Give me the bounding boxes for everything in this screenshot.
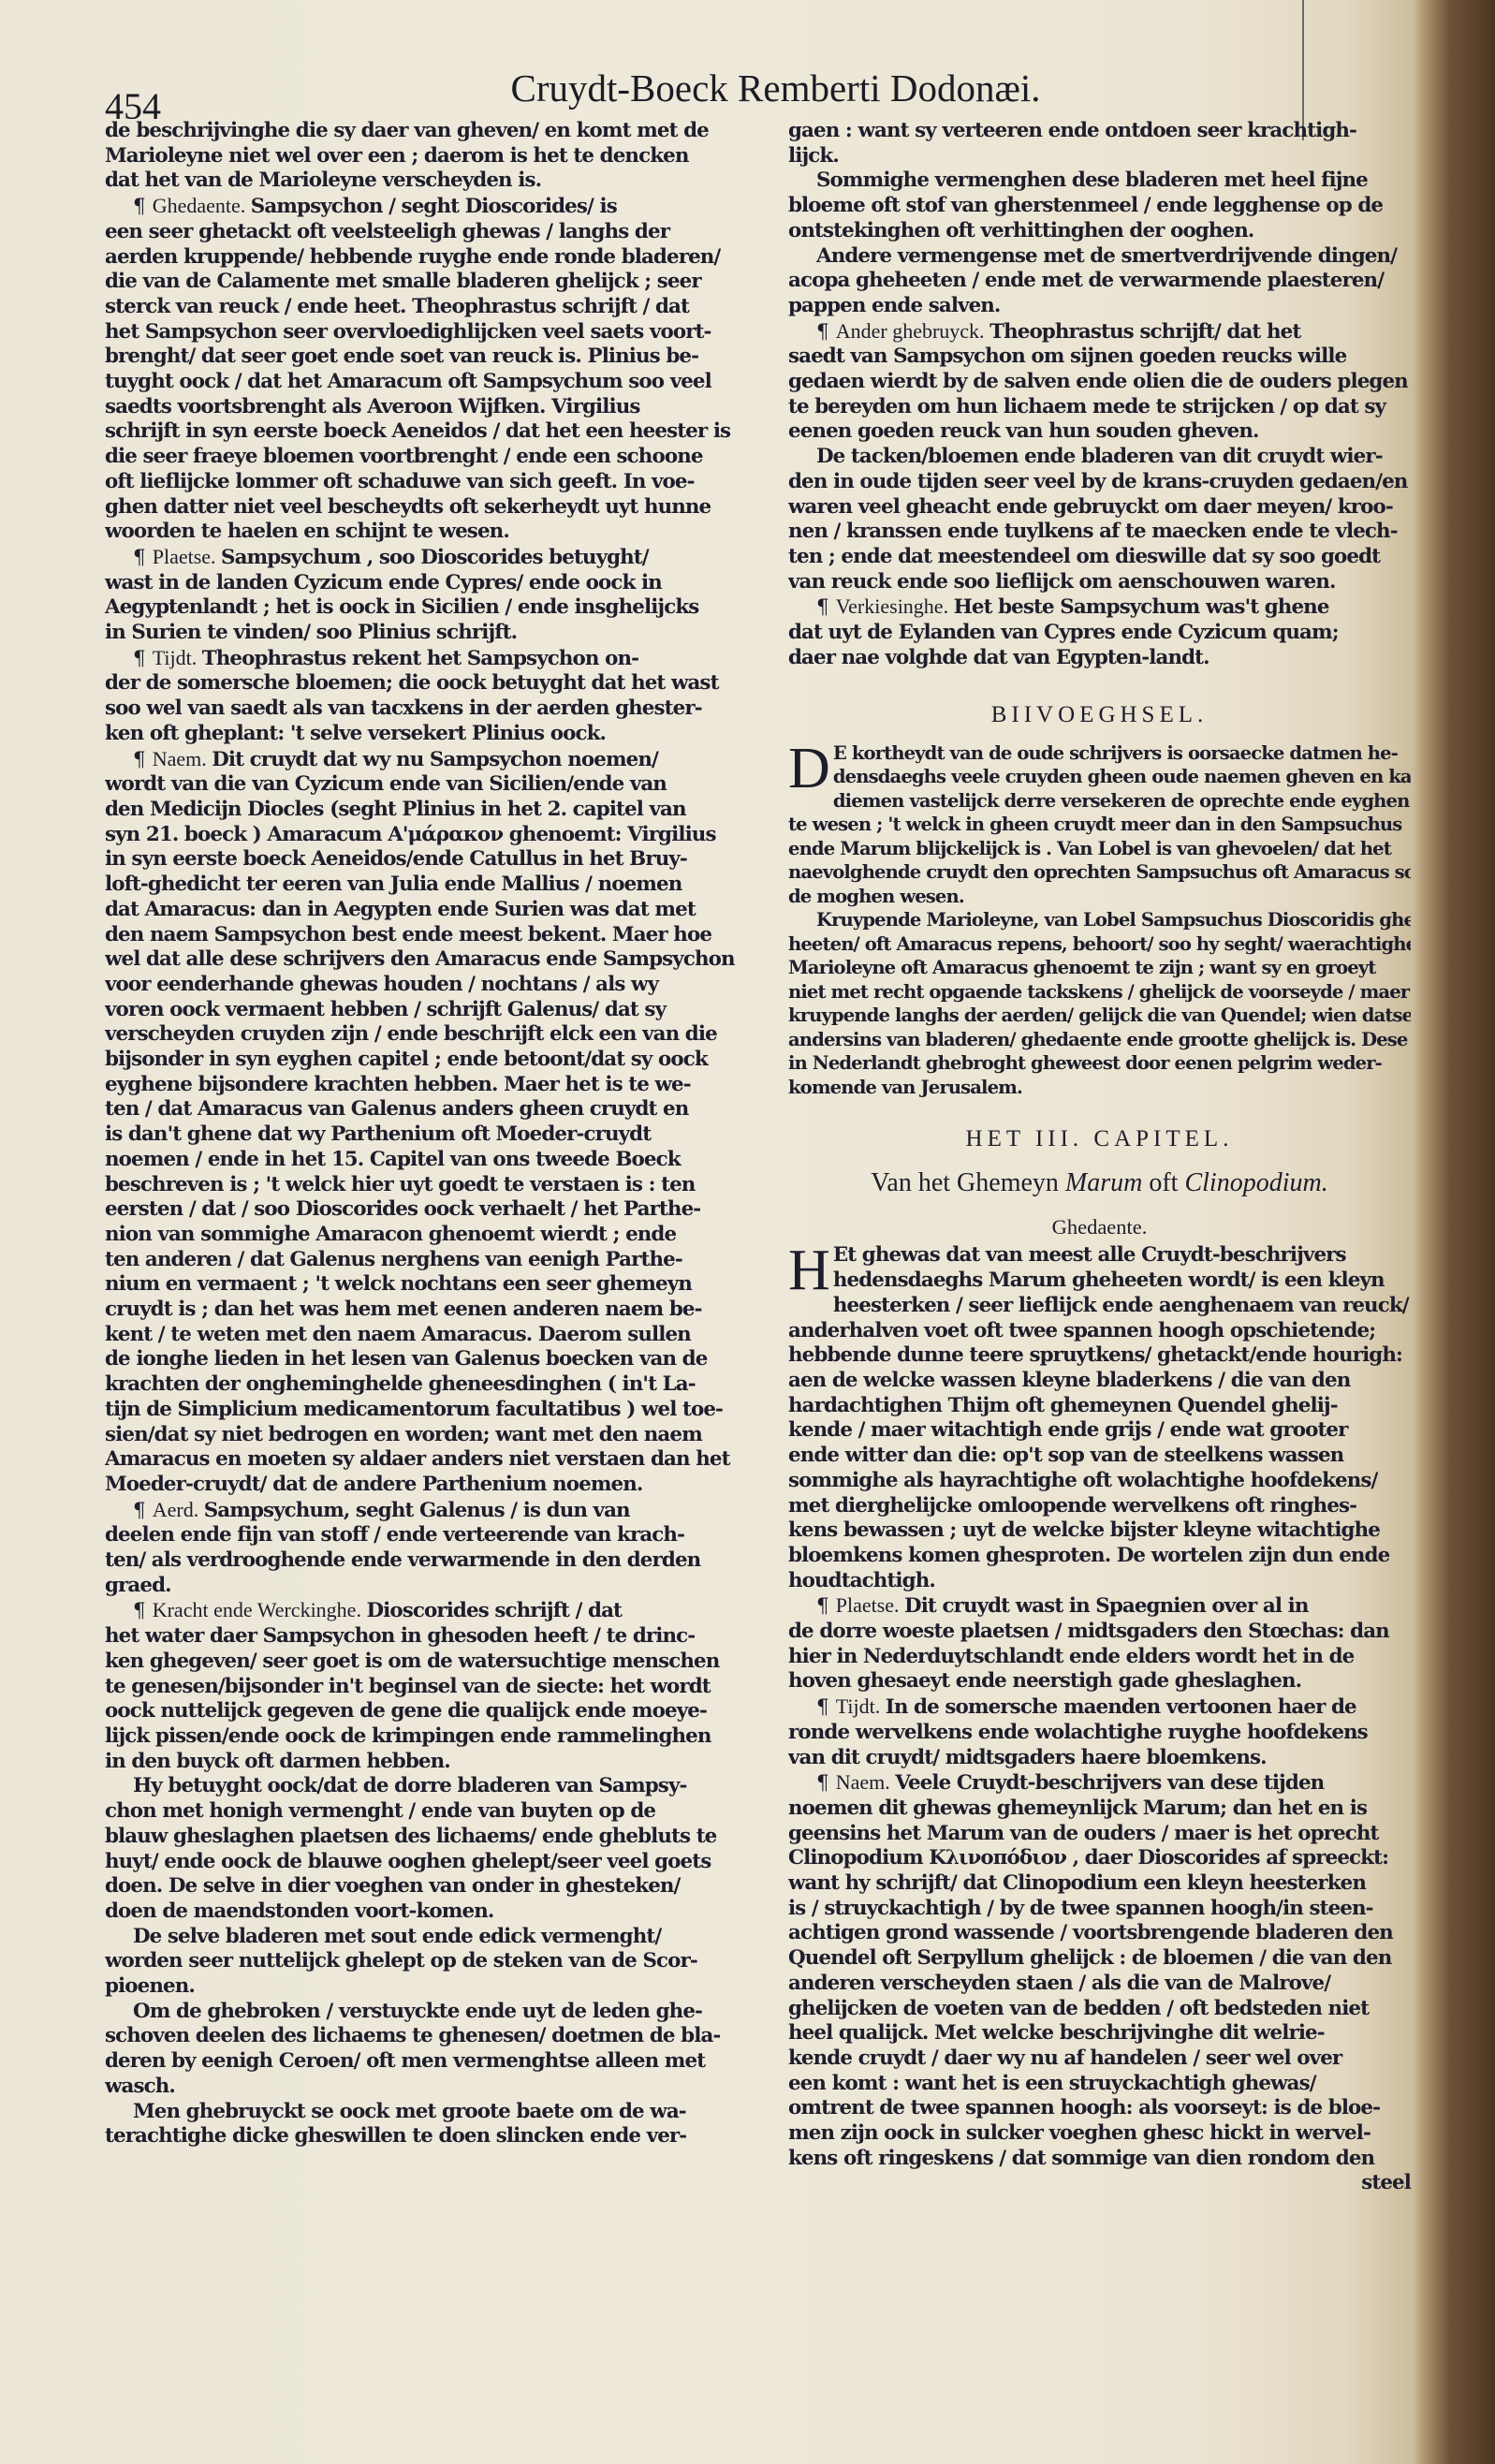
text-line: niet met recht opgaende tackskens / ghel… [788, 980, 1411, 1005]
text-line: Andere vermengense met de smertverdrijve… [788, 244, 1411, 270]
text-line: eyghene bijsondere krachten hebben. Maer… [105, 1073, 762, 1098]
text-line: brenght/ dat seer goet ende soet van reu… [105, 345, 762, 370]
pilcrow-icon: ¶ [133, 546, 145, 569]
text-line: graed. [105, 1574, 762, 1599]
right-column: gaen : want sy verteeren ende ontdoen se… [788, 119, 1411, 2196]
text-line: bloemkens komen ghesproten. De wortelen … [788, 1544, 1411, 1569]
chapter-title: Van het Ghemeyn Marum oft Clinopodium. [788, 1171, 1411, 1196]
text-line: wordt van die van Cyzicum ende van Sicil… [105, 772, 762, 798]
text-line: Amaracus en moeten sy aldaer anders niet… [105, 1447, 762, 1473]
text-line: saedts voortsbrenght als Averoon Wijfken… [105, 395, 762, 420]
pilcrow-icon: ¶ [133, 195, 145, 218]
paragraph: ¶Naem. Veele Cruydt-beschrijvers van des… [788, 1770, 1411, 2171]
text-line: andersins van bladeren/ ghedaente ende g… [788, 1028, 1411, 1052]
text-line: chon met honigh vermenght / ende van buy… [105, 1799, 762, 1825]
text-line: hoven ghesaeyt ende neerstigh gade ghesl… [788, 1669, 1411, 1694]
supplement-heading: BIIVOEGHSEL. [788, 703, 1411, 728]
text-line: Marioleyne niet wel over een ; daerom is… [105, 144, 762, 169]
text-line: E korthеydt van de oude schrijvers is oo… [833, 741, 1411, 766]
text-line: te wesen ; 't welck in gheen cruydt meer… [788, 813, 1411, 837]
text-line: aen de welcke wassen kleyne bladerkens /… [788, 1369, 1411, 1394]
section-label-ghedaente: Ghedaente. [788, 1215, 1411, 1240]
drop-cap: H [788, 1246, 829, 1295]
pilcrow-icon: ¶ [133, 1599, 145, 1622]
text-line: deren by eenigh Ceroen/ oft men vermengh… [105, 2049, 762, 2075]
text-line: nium en vermaent ; 't welck nochtans een… [105, 1272, 762, 1298]
text-line: den naem Sampsychon best ende meest beke… [105, 923, 762, 948]
text-line: het water daer Sampsychon in ghesoden he… [105, 1624, 762, 1650]
text-line: is / struyckachtigh / by de twee spannen… [788, 1897, 1411, 1922]
text-line: waren veel gheacht ende gebruyckt om dae… [788, 495, 1411, 521]
text-line: krachten der ongheminghelde gheneesdingh… [105, 1372, 762, 1398]
text-line: met dierghelijcke omloopende wervelkens … [788, 1494, 1411, 1519]
text-line: een seer ghetackt oft veelsteeligh ghewa… [105, 220, 762, 245]
text-line: hier in Nederduytschlandt ende elders wo… [788, 1645, 1411, 1670]
paragraph: ¶Plaetse. Sampsychum , soo Dioscorides b… [105, 545, 762, 646]
text-line: Hy betuyght oock/dat de dorre bladeren v… [105, 1774, 762, 1799]
catchword: steel [788, 2171, 1411, 2196]
section-label: Naem. [836, 1770, 896, 1794]
text-line: ¶Ghedaente. Sampsychon / seght Dioscorid… [105, 194, 762, 220]
text-line: pappen ende salven. [788, 294, 1411, 319]
text-line: wast in de landen Cyzicum ende Cypres/ e… [105, 571, 762, 596]
paragraph: gaen : want sy verteeren ende ontdoen se… [788, 119, 1411, 169]
text-line: gedaen wierdt by de salven ende olien di… [788, 370, 1411, 395]
section-label: Tijdt. [153, 646, 202, 669]
paragraph: ¶Kracht ende Werckinghe. Dioscorides sch… [105, 1598, 762, 1774]
text-line: tuyght oock / dat het Amaracum oft Samps… [105, 370, 762, 395]
text-line: kruypende langhs der aerden/ gelijck die… [788, 1004, 1411, 1028]
text-line: komende van Jerusalem. [788, 1076, 1411, 1100]
text-line: men zijn oock in sulcker voeghen ghesc h… [788, 2121, 1411, 2147]
paragraph: ¶Tijdt. Theophrastus rekent het Sampsych… [105, 646, 762, 747]
pilcrow-icon: ¶ [816, 1771, 828, 1795]
text-line: doen. De selve in dier voeghen van onder… [105, 1874, 762, 1899]
text-line: blauw gheslaghen plaetsen des lichaems/ … [105, 1825, 762, 1850]
section-label: Kracht ende Werckinghe. [153, 1598, 367, 1621]
text-line: ¶Aerd. Sampsychum, seght Galenus / is du… [105, 1498, 762, 1524]
text-line: diemen vastelijck derre versekeren de op… [833, 789, 1411, 814]
text-line: kende / maer witachtigh ende grijs / end… [788, 1418, 1411, 1444]
text-line: wasch. [105, 2075, 762, 2100]
text-line: kens bewassen ; uyt de welcke bijster kl… [788, 1518, 1411, 1544]
paragraph: Om de ghebroken / verstuyckte ende uyt d… [105, 2000, 762, 2100]
text-line: oock nuttelijck gegeven de gene die qual… [105, 1699, 762, 1724]
section-label: Ghedaente. [153, 194, 251, 217]
text-line: kens oft ringeskens / dat sommige van di… [788, 2147, 1411, 2172]
text-line: naevolghende cruydt den oprechten Sampsu… [788, 860, 1411, 885]
paragraph: Kruypende Marioleyne, van Lobel Sampsuch… [788, 908, 1411, 1099]
text-line: sterck van reuck / ende heet. Theophrast… [105, 295, 762, 320]
text-line: in den buyck oft darmen hebben. [105, 1750, 762, 1775]
text-line: ende witter dan die: op't sop van de ste… [788, 1444, 1411, 1469]
text-line: omtrent de twee spannen hoogh: als voors… [788, 2096, 1411, 2121]
text-line: ghen datter niet veel bescheydts oft sek… [105, 495, 762, 521]
pilcrow-icon: ¶ [816, 320, 828, 344]
text-line: die van de Calamente met smalle bladeren… [105, 270, 762, 295]
text-line: ¶Plaetse. Sampsychum , soo Dioscorides b… [105, 545, 762, 571]
text-line: doen de maendstonden voort-komen. [105, 1899, 762, 1925]
supplement-body: DE korthеydt van de oude schrijvers is o… [788, 741, 1411, 1100]
text-line: bijsonder in syn eyghen capitel ; ende b… [105, 1048, 762, 1073]
text-line: loft-ghedicht ter eeren van Julia ende M… [105, 873, 762, 898]
text-line: hebbende dunne teere spruytkens/ ghetack… [788, 1343, 1411, 1369]
text-line: ¶Kracht ende Werckinghe. Dioscorides sch… [105, 1598, 762, 1624]
text-line: hedensdaeghs Marum gheheeten wordt/ is e… [833, 1269, 1411, 1294]
text-line: De tacken/bloemen ende bladeren van dit … [788, 445, 1411, 470]
section-label: Tijdt. [836, 1694, 886, 1718]
text-line: ronde wervelkens ende wolachtighe ruyghe… [788, 1721, 1411, 1746]
text-line: het Sampsychon seer overvloedighlijcken … [105, 320, 762, 345]
text-line: saedt van Sampsychon om sijnen goeden re… [788, 345, 1411, 370]
text-line: huyt/ ende oock de blauwe ooghen ghelept… [105, 1850, 762, 1875]
text-line: Aegyptenlandt ; het is oock in Sicilien … [105, 595, 762, 621]
text-line: noemen / ende in het 15. Capitel van ons… [105, 1148, 762, 1173]
text-line: de beschrijvinghe die sy daer van gheven… [105, 119, 762, 144]
pilcrow-icon: ¶ [816, 1695, 828, 1719]
text-line: acopa gheheeten / ende met de verwarmend… [788, 269, 1411, 294]
paragraph: ¶Ander ghebruyck. Theophrastus schrijft/… [788, 319, 1411, 446]
text-line: ende Marum blijckelijck is . Van Lobel i… [788, 837, 1411, 861]
text-line: nion van sommighe Amaracon ghenoemt wier… [105, 1223, 762, 1248]
text-line: den in oude tijden seer veel by de krans… [788, 470, 1411, 495]
section-label: Aerd. [153, 1498, 204, 1521]
text-line: bloeme oft stof van gherstenmeel / ende … [788, 194, 1411, 219]
text-line: ontstekinghen oft verhittinghen der oogh… [788, 219, 1411, 244]
text-line: de moghen wesen. [788, 885, 1411, 909]
chapter-title-prefix: Van het Ghemeyn [871, 1168, 1059, 1197]
text-line: verscheyden cruyden zijn / ende beschrij… [105, 1022, 762, 1048]
text-line: van dit cruydt/ midtsgaders haere bloemk… [788, 1746, 1411, 1771]
text-line: ten/ als verdrooghende ende verwarmende … [105, 1548, 762, 1574]
text-line: te genesen/bijsonder in't beginsel van d… [105, 1675, 762, 1700]
text-line: lijck pissen/ende oock de krimpingen end… [105, 1724, 762, 1750]
text-line: heeten/ oft Amaracus repens, behoort/ so… [788, 932, 1411, 957]
text-line: voren oock vermaent hebben / schrijft Ga… [105, 998, 762, 1023]
text-line: Marioleyne oft Amaracus ghenoemt te zijn… [788, 956, 1411, 980]
pilcrow-icon: ¶ [133, 1499, 145, 1522]
text-line: Sommighe vermenghen dese bladeren met he… [788, 169, 1411, 194]
book-page: 454 Cruydt-Boeck Remberti Dodonæi. de be… [0, 0, 1495, 2464]
text-line: Quendel oft Serpyllum ghelijck : de bloe… [788, 1946, 1411, 1972]
text-line: terachtighe dicke gheswillen te doen sli… [105, 2124, 762, 2149]
text-line: den Medicijn Diocles (seght Plinius in h… [105, 798, 762, 823]
text-line: anderen verscheyden staen / als die van … [788, 1972, 1411, 1997]
text-line: gaen : want sy verteeren ende ontdoen se… [788, 119, 1411, 144]
text-line: ken ghegeven/ seer goet is om de watersu… [105, 1650, 762, 1675]
text-line: heel qualijck. Met welcke beschrijvinghe… [788, 2021, 1411, 2046]
section-label: Plaetse. [836, 1593, 904, 1617]
text-line: ¶Tijdt. Theophrastus rekent het Sampsych… [105, 646, 762, 672]
text-line: anderhalven voet oft twee spannen hoogh … [788, 1319, 1411, 1344]
text-line: achtigen grond wassende / voortsbrengend… [788, 1921, 1411, 1946]
text-line: deelen ende fijn van stoff / ende vertee… [105, 1523, 762, 1548]
text-line: eersten / dat / soo Dioscorides oock ver… [105, 1197, 762, 1223]
text-line: eenen goeden reuck van hun souden gheven… [788, 419, 1411, 445]
paragraph: ¶Plaetse. Dit cruydt wast in Spaegnien o… [788, 1593, 1411, 1694]
section-label: Verkiesinghe. [836, 594, 954, 618]
text-line: Et ghewas dat van meest alle Cruydt-besc… [833, 1243, 1411, 1269]
text-line: wel dat alle dese schrijvers den Amaracu… [105, 947, 762, 973]
paragraph: ¶Naem. Dit cruydt dat wy nu Sampsychon n… [105, 747, 762, 1498]
text-line: ¶Tijdt. In de somersche maenden vertoone… [788, 1694, 1411, 1721]
text-line: syn 21. boeck ) Amaracum A'μάρακον gheno… [105, 823, 762, 848]
text-line: ten anderen / dat Galenus nerghens van e… [105, 1248, 762, 1273]
text-line: ¶Naem. Veele Cruydt-beschrijvers van des… [788, 1770, 1411, 1797]
text-line: lijck. [788, 144, 1411, 169]
text-line: woorden te haelen en schijnt te wesen. [105, 520, 762, 545]
text-line: Moeder-cruydt/ dat de andere Parthenium … [105, 1473, 762, 1498]
text-line: Clinopodium Κλινοπόδιον , daer Dioscorid… [788, 1846, 1411, 1871]
text-line: nen / kranssen ende tuylkens af te maeck… [788, 520, 1411, 545]
pilcrow-icon: ¶ [816, 595, 828, 619]
text-line: te bereyden om hun lichaem mede te strij… [788, 395, 1411, 420]
text-line: noemen dit ghewas ghemeynlijck Marum; da… [788, 1797, 1411, 1822]
text-line: voor eenderhande ghewas houden / nochtan… [105, 973, 762, 998]
paragraph: ¶Verkiesinghe. Het beste Sampsychum was'… [788, 594, 1411, 670]
text-line: ghelijcken de voeten van de bedden / oft… [788, 1997, 1411, 2022]
text-line: sommighe als hayrachtighe oft wolachtigh… [788, 1469, 1411, 1494]
text-line: Om de ghebroken / verstuyckte ende uyt d… [105, 2000, 762, 2025]
paragraph: De selve bladeren met sout ende edick ve… [105, 1925, 762, 2000]
text-line: ¶Verkiesinghe. Het beste Sampsychum was'… [788, 594, 1411, 621]
chapter-body: HEt ghewas dat van meest alle Cruydt-bes… [788, 1243, 1411, 2171]
text-line: in Nederlandt ghebroght gheweest door ee… [788, 1051, 1411, 1076]
text-line: ¶Naem. Dit cruydt dat wy nu Sampsychon n… [105, 747, 762, 773]
text-line: soo wel van saedt als van tacxkens in de… [105, 697, 762, 722]
text-line: sien/dat sy niet bedrogen en worden; wan… [105, 1423, 762, 1448]
running-head: Cruydt-Boeck Remberti Dodonæi. [0, 66, 1495, 110]
paragraph: De tacken/bloemen ende bladeren van dit … [788, 445, 1411, 594]
text-line: beschreven is ; 't welck hier uyt goedt … [105, 1173, 762, 1198]
text-line: densdaeghs veele cruyden gheen oude naem… [833, 765, 1411, 789]
paragraph: Men ghebruyckt se oock met groote baete … [105, 2100, 762, 2149]
text-line: der de somersche bloemen; die oock betuy… [105, 671, 762, 697]
text-line: oft lieflijcke lommer oft schaduwe van s… [105, 470, 762, 495]
chapter-title-marum: Marum [1065, 1168, 1142, 1197]
text-line: want hy schrijft/ dat Clinopodium een kl… [788, 1871, 1411, 1897]
text-line: dat Amaracus: dan in Aegypten ende Surie… [105, 898, 762, 923]
section-label: Naem. [153, 747, 213, 770]
right-column-paragraphs: gaen : want sy verteeren ende ontdoen se… [788, 119, 1411, 670]
text-line: geensins het Marum van de ouders / maer … [788, 1822, 1411, 1847]
paragraph: ¶Tijdt. In de somersche maenden vertoone… [788, 1694, 1411, 1770]
text-line: ¶Ander ghebruyck. Theophrastus schrijft/… [788, 319, 1411, 345]
text-line: is dan't ghene dat wy Parthenium oft Moe… [105, 1122, 762, 1148]
text-line: de ionghe lieden in het lesen van Galenu… [105, 1347, 762, 1372]
text-line: die seer fraeye bloemen voortbrenght / e… [105, 445, 762, 470]
text-line: kent / te weten met den naem Amaracus. D… [105, 1323, 762, 1348]
text-line: daer nae volghde dat van Egypten-landt. [788, 646, 1411, 671]
section-label: Ander ghebruyck. [836, 319, 989, 343]
text-line: kende cruydt / daer wy nu af handelen / … [788, 2046, 1411, 2072]
text-line: tijn de Simplicium medicamentorum facult… [105, 1398, 762, 1423]
text-line: ¶Plaetse. Dit cruydt wast in Spaegnien o… [788, 1593, 1411, 1620]
paragraph: Sommighe vermenghen dese bladeren met he… [788, 169, 1411, 243]
text-line: van reuck ende soo lieflijck om aenschou… [788, 570, 1411, 595]
text-line: cruydt is ; dan het was hem met eenen an… [105, 1298, 762, 1323]
pilcrow-icon: ¶ [816, 1594, 828, 1618]
paragraph: de beschrijvinghe die sy daer van gheven… [105, 119, 762, 194]
pilcrow-icon: ¶ [133, 647, 145, 670]
text-line: Men ghebruyckt se oock met groote baete … [105, 2100, 762, 2125]
text-line: heesterken / seer lieflijck ende aenghen… [833, 1294, 1411, 1319]
text-line: in Surien te vinden/ soo Plinius schrijf… [105, 621, 762, 646]
section-label: Plaetse. [153, 545, 221, 568]
text-line: in syn eerste boeck Aeneidos/ende Catull… [105, 847, 762, 873]
text-line: de dorre woeste plaetsen / midtsgaders d… [788, 1620, 1411, 1645]
chapter-title-clinopodium: Clinopodium. [1184, 1168, 1327, 1197]
paragraph: ¶Ghedaente. Sampsychon / seght Dioscorid… [105, 194, 762, 545]
text-line: schrijft in syn eerste boeck Aeneidos / … [105, 419, 762, 445]
text-line: hardachtighen Thijm oft ghemeynen Quende… [788, 1394, 1411, 1419]
text-line: Kruypende Marioleyne, van Lobel Sampsuch… [788, 908, 1411, 932]
left-column: de beschrijvinghe die sy daer van gheven… [105, 119, 762, 2149]
paragraph: Hy betuyght oock/dat de dorre bladeren v… [105, 1774, 762, 1924]
text-line: dat uyt de Eylanden van Cypres ende Cyzi… [788, 621, 1411, 646]
text-line: ken oft gheplant: 't selve versekert Pli… [105, 722, 762, 747]
pilcrow-icon: ¶ [133, 748, 145, 771]
paragraph: ¶Aerd. Sampsychum, seght Galenus / is du… [105, 1498, 762, 1599]
text-line: ten / dat Amaracus van Galenus anders gh… [105, 1097, 762, 1122]
drop-cap: D [788, 744, 829, 793]
text-line: een komt : want het is een struyckachtig… [788, 2072, 1411, 2097]
text-line: pioenen. [105, 1974, 762, 2000]
chapter-heading: HET III. CAPITEL. [788, 1127, 1411, 1152]
text-line: aerden kruppende/ hebbende ruyghe ende r… [105, 245, 762, 271]
paragraph: Andere vermengense met de smertverdrijve… [788, 244, 1411, 319]
text-line: worden seer nuttelijck ghelept op de ste… [105, 1949, 762, 1974]
paragraph: HEt ghewas dat van meest alle Cruydt-bes… [788, 1243, 1411, 1593]
text-line: De selve bladeren met sout ende edick ve… [105, 1925, 762, 1950]
text-line: ten ; ende dat meestendeel om dieswille … [788, 545, 1411, 570]
text-line: houdtachtigh. [788, 1569, 1411, 1594]
text-line: dat het van de Marioleyne verscheyden is… [105, 169, 762, 194]
paragraph: DE korthеydt van de oude schrijvers is o… [788, 741, 1411, 909]
chapter-title-mid: oft [1149, 1168, 1178, 1197]
text-line: schoven deelen des lichaems te ghenesen/… [105, 2024, 762, 2049]
